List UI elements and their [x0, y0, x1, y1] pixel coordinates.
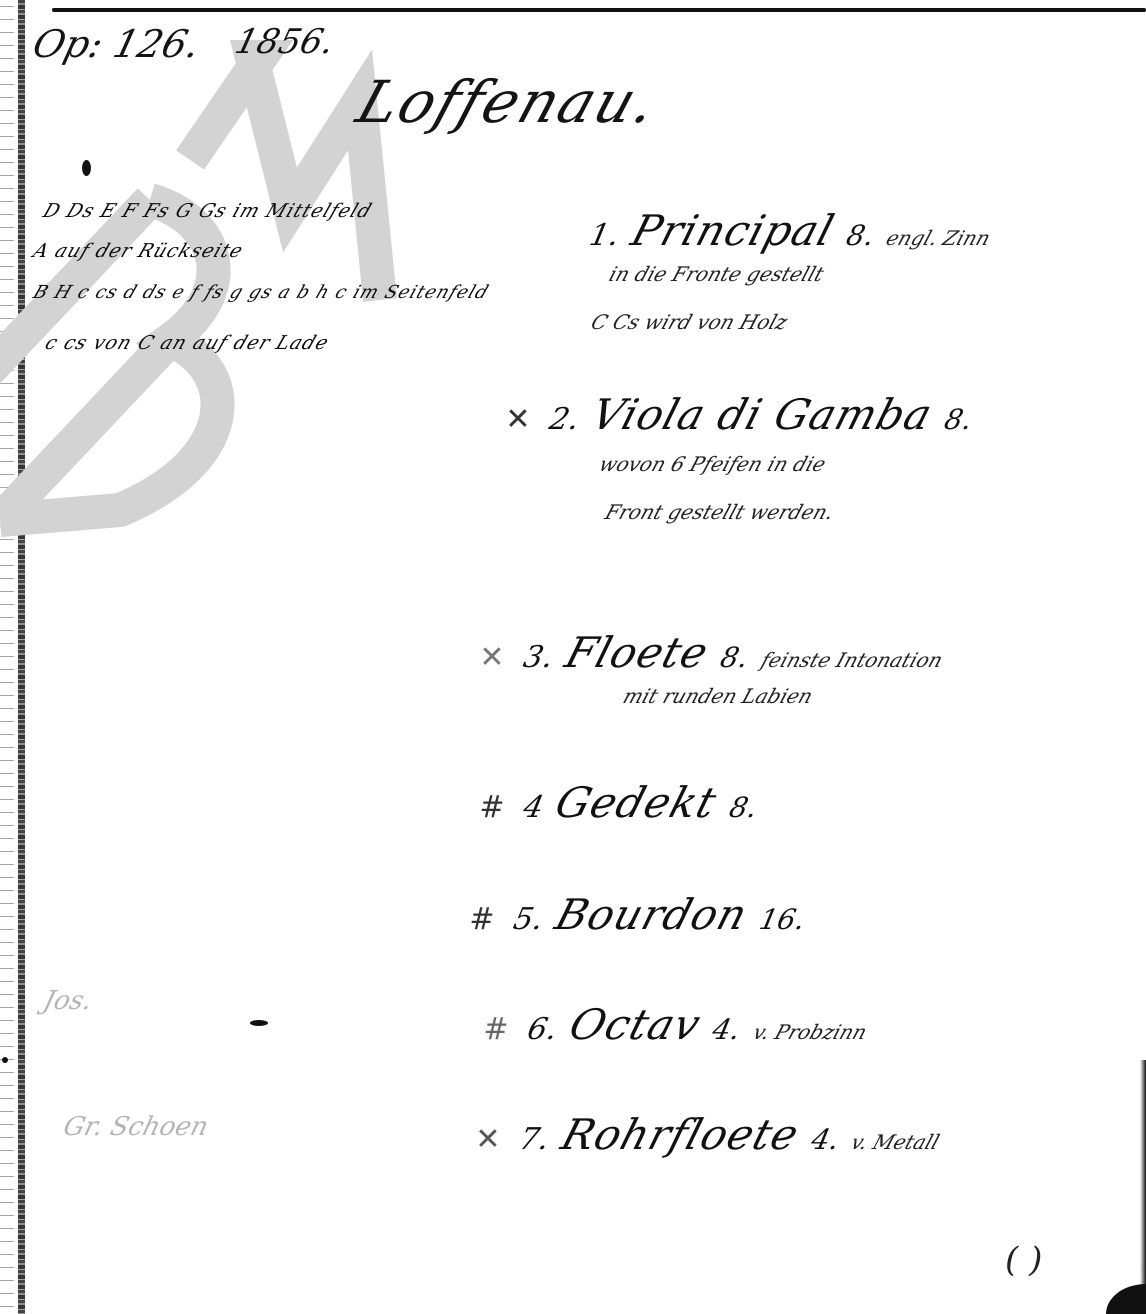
- stop-number: 7.: [516, 1122, 552, 1157]
- top-ruled-line: [52, 8, 1146, 12]
- stop-pitch: 4.: [808, 1123, 842, 1156]
- hash-mark-icon: #: [478, 1012, 514, 1047]
- cross-mark-icon: ✕: [470, 1122, 506, 1157]
- stop-row-7: ✕ 7. Rohrfloete 4. v. Metall: [470, 1110, 939, 1159]
- page-corner-shadow: [1106, 1284, 1146, 1314]
- stop-name: Floete: [560, 628, 715, 677]
- stop-pitch: 8.: [843, 219, 877, 252]
- stop-number: 3.: [520, 640, 556, 675]
- stop-name: Viola di Gamba: [586, 390, 938, 439]
- page-end-mark: ( ): [1005, 1240, 1042, 1280]
- hash-mark-icon: #: [474, 790, 510, 825]
- stop-row-3: ✕ 3. Floete 8. feinste Intonation: [474, 628, 942, 677]
- stop-name: Principal: [626, 206, 840, 255]
- stop-2-note-1: wovon 6 Pfeifen in die: [596, 452, 829, 476]
- margin-note-3: B H c cs d ds e f fs g gs a b h c im Sei…: [30, 282, 492, 303]
- stop-1-note-1: in die Fronte gestellt: [606, 262, 827, 286]
- margin-note-1: D Ds E F Fs G Gs im Mittelfeld: [40, 200, 375, 222]
- stop-name: Bourdon: [550, 890, 754, 939]
- stop-row-2: ✕ 2. Viola di Gamba 8.: [500, 390, 972, 439]
- ink-blot: [82, 160, 91, 176]
- stop-number: 5.: [510, 902, 546, 937]
- stop-2-note-2: Front gestellt werden.: [602, 500, 837, 524]
- binding-stitching: [0, 0, 14, 1314]
- stop-row-4: # 4 Gedekt 8.: [474, 778, 756, 827]
- year: 1856.: [231, 22, 338, 62]
- stop-row-5: # 5. Bourdon 16.: [464, 890, 805, 939]
- margin-note-2: A auf der Rückseite: [30, 240, 247, 262]
- stop-pitch: 8.: [726, 791, 760, 824]
- stop-row-6: # 6. Octav 4. v. Probzinn: [478, 1000, 866, 1049]
- stop-1-note-2: C Cs wird von Holz: [588, 310, 791, 334]
- manuscript-page: Op: 126. 1856. Loffenau. D Ds E F Fs G G…: [0, 0, 1146, 1314]
- stop-pitch: 16.: [757, 903, 809, 936]
- faint-note-2: Gr. Schoen: [60, 1112, 211, 1142]
- stop-row-1: 1. Principal 8. engl. Zinn: [590, 206, 990, 255]
- stop-pitch: 4.: [710, 1013, 744, 1046]
- stop-number: 1.: [586, 218, 622, 253]
- stop-comment: v. Metall: [848, 1130, 943, 1154]
- stop-pitch: 8.: [941, 403, 975, 436]
- page-title: Loffenau.: [349, 68, 668, 136]
- stop-pitch: 8.: [718, 641, 752, 674]
- ink-blot: [250, 1020, 268, 1026]
- right-page-edge: [1140, 1060, 1146, 1314]
- hash-mark-icon: #: [464, 902, 500, 937]
- cross-mark-icon: ✕: [500, 402, 536, 437]
- stop-comment: engl. Zinn: [884, 226, 994, 250]
- stop-name: Rohrfloete: [556, 1110, 805, 1159]
- opus-reference: Op: 126.: [29, 22, 205, 66]
- stop-number: 4: [520, 790, 547, 825]
- stop-comment: feinste Intonation: [758, 648, 946, 672]
- stop-name: Gedekt: [550, 778, 723, 827]
- margin-note-4: c cs von C an auf der Lade: [42, 332, 332, 354]
- stop-comment: v. Probzinn: [750, 1020, 870, 1044]
- cross-mark-icon: ✕: [474, 640, 510, 675]
- stop-number: 2.: [546, 402, 582, 437]
- stop-3-note-1: mit runden Labien: [620, 684, 816, 708]
- binding-edge: [18, 0, 25, 1314]
- faint-note-1: Jos.: [40, 986, 95, 1016]
- ink-blot: [2, 1057, 8, 1063]
- stop-name: Octav: [564, 1000, 707, 1049]
- stop-number: 6.: [524, 1012, 560, 1047]
